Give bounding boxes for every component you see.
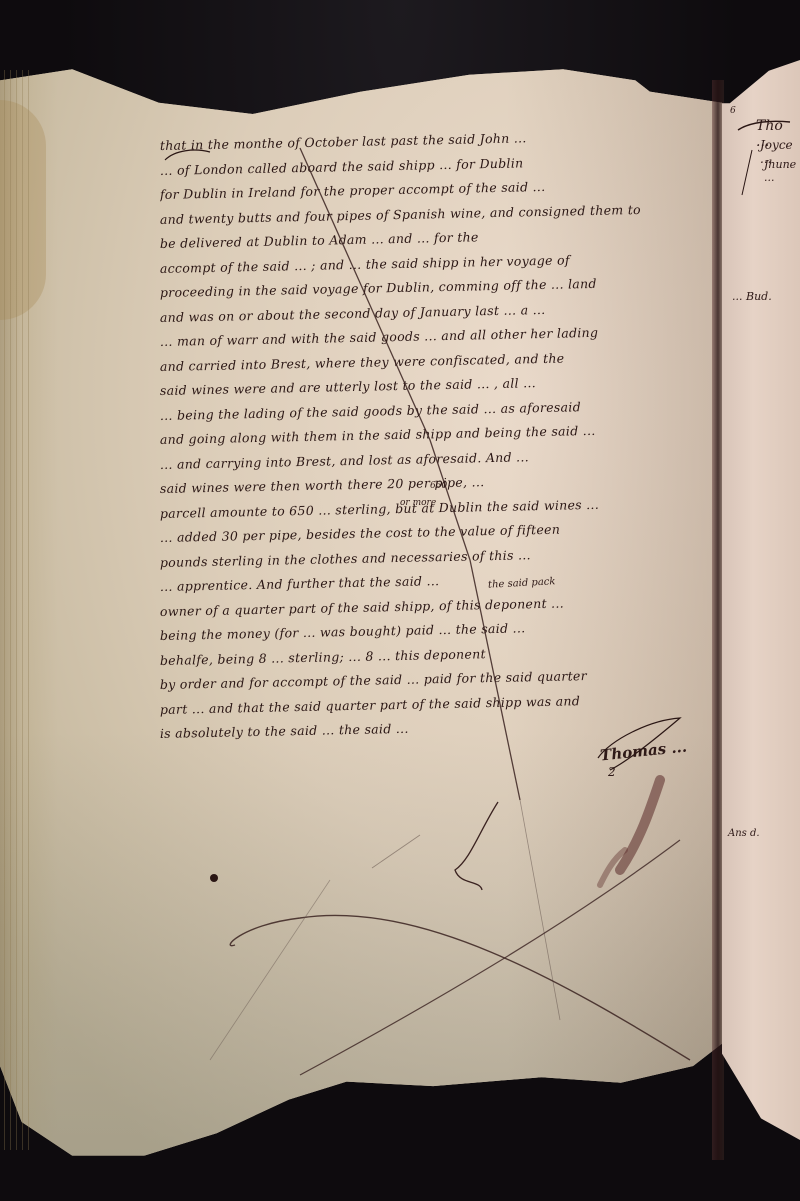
signature-mark: 2 xyxy=(608,765,616,779)
right-manuscript-page xyxy=(722,60,800,1140)
interlinear-insertion: 650 xyxy=(430,481,447,491)
marginal-note: Jhune ... xyxy=(764,158,800,184)
marginal-note: ... Bud. xyxy=(732,290,772,303)
page-edges xyxy=(4,70,34,1150)
manuscript-text: that in the monthe of October last past … xyxy=(160,138,720,751)
interlinear-insertion: or more xyxy=(400,498,436,508)
marginal-note: Ans d. xyxy=(728,828,760,839)
page-number: 6 xyxy=(730,106,736,116)
